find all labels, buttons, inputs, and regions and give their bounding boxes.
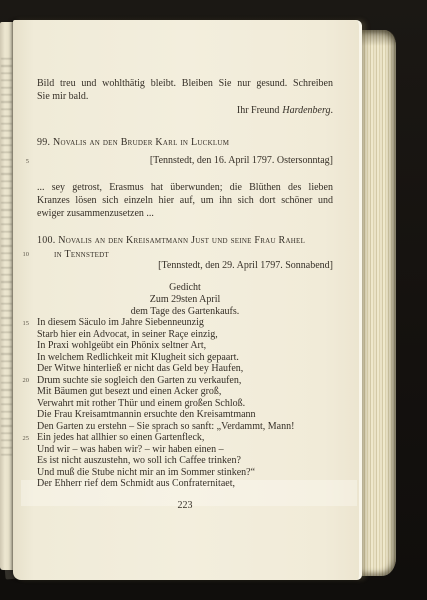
- poem-line: In Praxi wohlgeübt ein Phönix seltner Ar…: [37, 340, 333, 352]
- body-line: ... sey getrost, Erasmus hat überwunden;…: [37, 181, 333, 194]
- margin-line-number-25: 25: [13, 432, 29, 445]
- page-number: 223: [37, 500, 333, 511]
- poem-title-line: Zum 29sten April: [37, 294, 333, 306]
- poem-line: Und wir – was haben wir? – wir haben ein…: [37, 444, 333, 456]
- closing-line: Bild treu und wohlthätig bleibt. Bleiben…: [37, 77, 333, 90]
- heading-line: 100. Novalis an den Kreisamtmann Just un…: [37, 233, 333, 248]
- margin-line-number-15: 15: [13, 317, 29, 330]
- poem: In diesem Säculo im Jahre Siebenneunzig …: [37, 317, 333, 490]
- facing-page-ghost-text: [1, 58, 12, 458]
- poem-line: Ein jedes hat allhier so einen Gartenfle…: [37, 432, 333, 444]
- book-page: 5 10 15 20 25 Bild treu und wohlthätig b…: [13, 20, 362, 580]
- signature-prefix: Ihr Freund: [237, 105, 280, 116]
- poem-title: Gedicht Zum 29sten April dem Tage des Ga…: [37, 282, 333, 318]
- poem-line: In diesem Säculo im Jahre Siebenneunzig: [37, 317, 333, 329]
- poem-line: Verwahrt mit rother Thür und einem große…: [37, 398, 333, 410]
- letter-98-signature: Ihr FreundHardenberg.: [37, 105, 333, 116]
- poem-line: Starb hier ein Advocat, in seiner Raçe e…: [37, 329, 333, 341]
- body-line: Kranzes lösen sich einzeln hier auf, um …: [37, 194, 333, 207]
- fore-edge-top-shadow: [359, 30, 396, 46]
- poem-title-line: Gedicht: [37, 282, 333, 294]
- facing-page-edge: [0, 22, 14, 570]
- margin-line-number-20: 20: [13, 374, 29, 387]
- page-stack-fore-edge: [359, 30, 396, 576]
- signature-period: .: [331, 105, 334, 116]
- margin-line-number-5: 5: [13, 155, 29, 168]
- letter-100-dateline: [Tennstedt, den 29. April 1797. Sonnaben…: [37, 260, 333, 271]
- letter-100-heading: 100. Novalis an den Kreisamtmann Just un…: [37, 233, 333, 261]
- poem-line: Drum suchte sie sogleich den Garten zu v…: [37, 375, 333, 387]
- letter-99-dateline: [Tennstedt, den 16. April 1797. Osterson…: [37, 155, 333, 166]
- letter-99-body: ... sey getrost, Erasmus hat überwunden;…: [37, 181, 333, 220]
- poem-line: Mit Bäumen gut besezt und einen Acker gr…: [37, 386, 333, 398]
- poem-line: Und muß die Stube nicht mir an im Sommer…: [37, 467, 333, 479]
- poem-line: Der Witwe hinterließ er nicht das Geld b…: [37, 363, 333, 375]
- poem-line: In welchem Redlichkeit mit Klugheit sich…: [37, 352, 333, 364]
- letter-98-closing: Bild treu und wohlthätig bleibt. Bleiben…: [37, 77, 333, 103]
- signature-name: Hardenberg: [282, 105, 330, 116]
- poem-line: Die Frau Kreisamtmannin ersuchte den Kre…: [37, 409, 333, 421]
- poem-line: Den Garten zu erstehn – Sie sprach so sa…: [37, 421, 333, 433]
- margin-line-number-10: 10: [13, 248, 29, 261]
- poem-line: Der Ehherr rief dem Schmidt aus Confrate…: [37, 478, 333, 490]
- poem-line: Es ist nicht auszustehn, wo soll ich Caf…: [37, 455, 333, 467]
- letter-99-heading: 99. Novalis an den Bruder Karl in Lucklu…: [37, 137, 333, 148]
- book-photo: 5 10 15 20 25 Bild treu und wohlthätig b…: [0, 0, 427, 600]
